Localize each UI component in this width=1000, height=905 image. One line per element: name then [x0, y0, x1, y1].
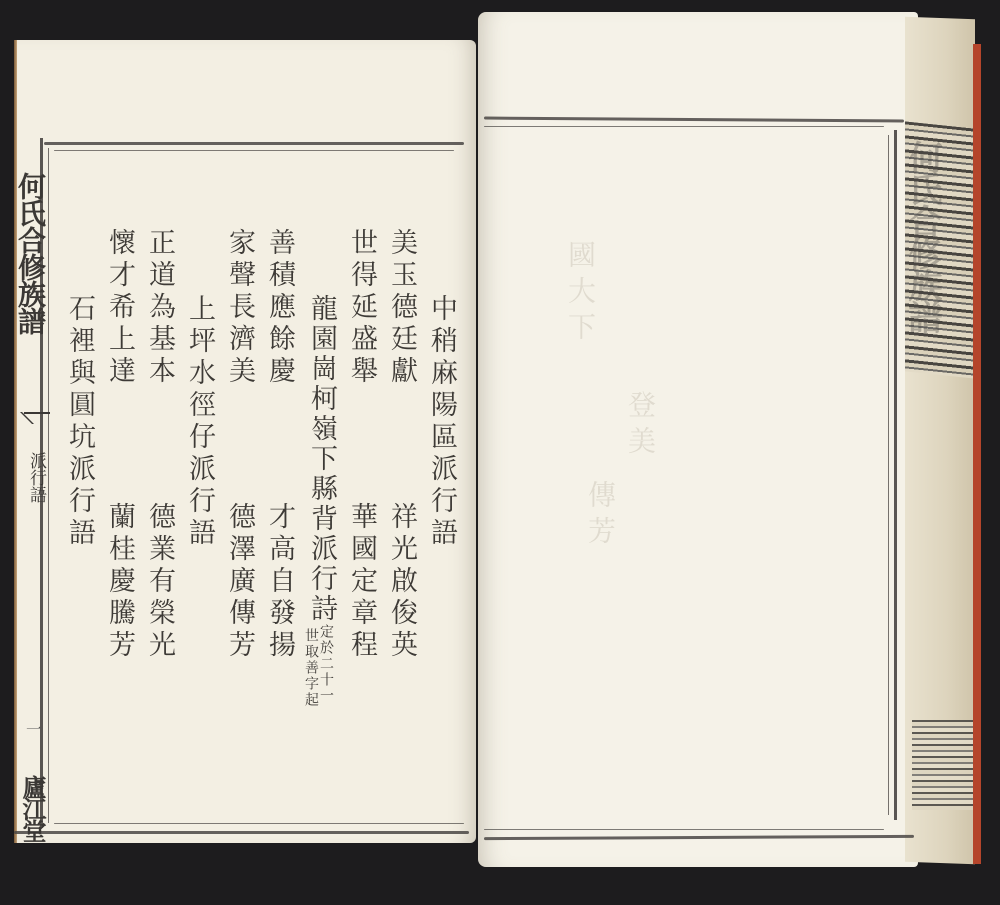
verse-line: 善積應餘慶 [264, 228, 294, 388]
verse-line: 懷才希上達 [104, 228, 134, 388]
spine-hall-name: 廬江堂 [18, 775, 50, 841]
bleedthrough-text: 傳芳 [580, 480, 620, 552]
spine-title: 何氏合修族譜 [18, 172, 50, 334]
heading-longyuan-gang: 龍園崗柯嶺下縣背派行詩 [306, 294, 336, 624]
heading-shangping-shuijingzai: 上坪水徑仔派行語 [184, 294, 214, 550]
spine-page-number: 一 [26, 717, 42, 740]
verse-line: 美玉德廷獻 [386, 228, 416, 388]
bleedthrough-text: 登美 [620, 390, 660, 462]
left-frame-bottom-inner [54, 823, 464, 824]
right-frame-spine-line [894, 130, 897, 820]
verse-line: 蘭桂慶騰芳 [104, 502, 134, 662]
verse-line: 華國定章程 [346, 502, 376, 662]
right-frame-bottom-inner [484, 829, 884, 830]
right-frame-top-inner [484, 126, 884, 127]
left-page: 何氏合修族譜 派行語 一 廬江堂 中稍麻陽區派行語 美玉德廷獻 祥光啟俊英 世得… [14, 40, 476, 843]
book-cover-edge [973, 44, 981, 864]
verse-line: 祥光啟俊英 [386, 502, 416, 662]
left-frame-top [44, 142, 464, 145]
heading-note: 世取善字起 [303, 628, 318, 708]
left-frame-top-inner [54, 150, 454, 151]
right-spine-title: 何氏合修族譜 [898, 140, 947, 332]
spine-section-label: 派行語 [24, 452, 49, 503]
left-frame-bottom [14, 831, 469, 834]
bleedthrough-text: 國大下 [560, 240, 600, 348]
heading-note: 定於二十一 [318, 624, 333, 704]
fishtail-mark-icon [24, 412, 50, 428]
verse-line: 正道為基本 [144, 228, 174, 388]
right-frame-inner-line [888, 135, 889, 815]
verse-line: 家聲長濟美 [224, 228, 254, 388]
heading-zhongshao-mayang: 中稍麻陽區派行語 [426, 294, 456, 550]
verse-line: 德業有榮光 [144, 502, 174, 662]
verse-line: 世得延盛舉 [346, 228, 376, 388]
heading-shili-yuankeng: 石裡與圓坑派行語 [64, 294, 94, 550]
verse-line: 才高自發揚 [264, 502, 294, 662]
book-edge-ink-stripes-bottom [912, 720, 974, 810]
right-page [478, 12, 918, 867]
verse-line: 德澤廣傳芳 [224, 502, 254, 662]
